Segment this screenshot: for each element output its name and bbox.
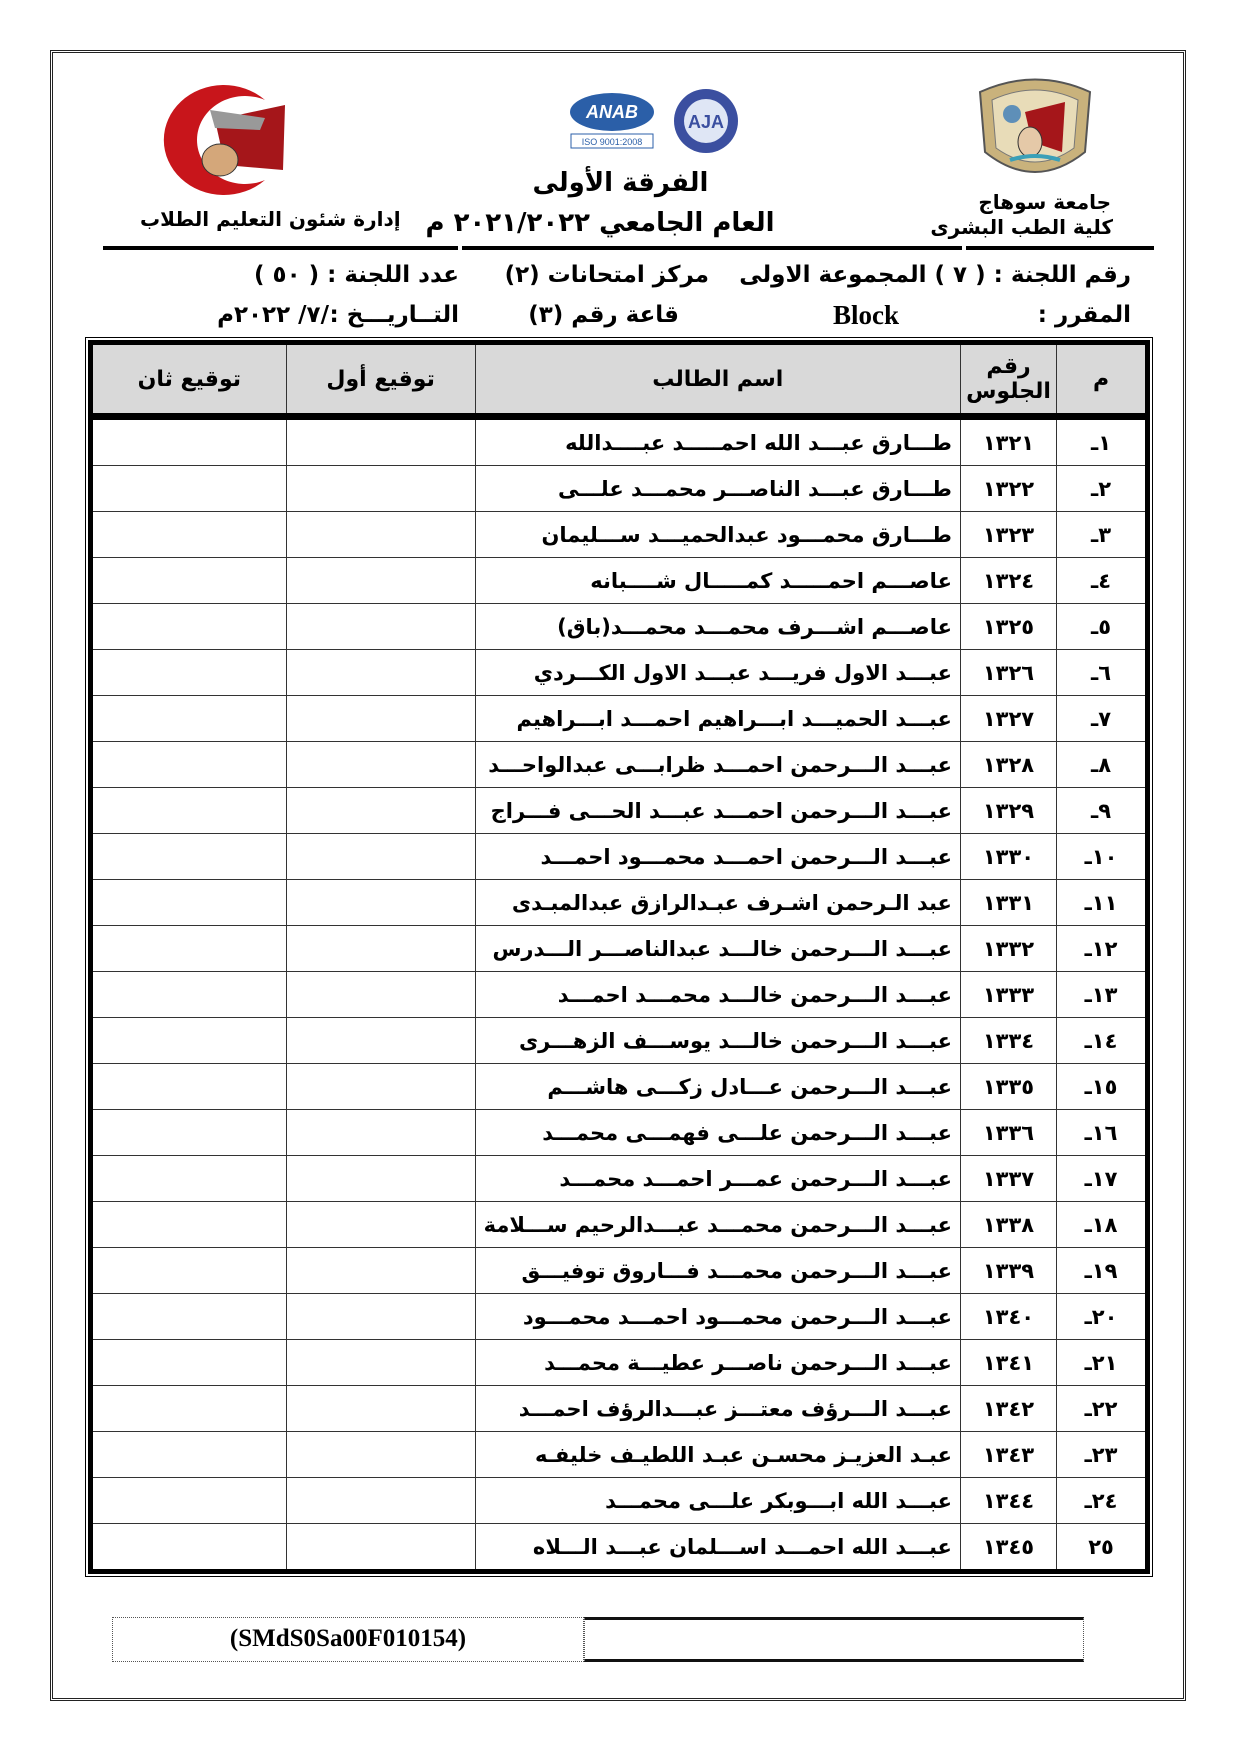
committee-count: عدد اللجنة : ( ٥٠ ) bbox=[254, 262, 459, 288]
committee-number: رقم اللجنة : ( ٧ ) المجموعة الاولى bbox=[739, 262, 1131, 288]
table-row: ٢٤ـ١٣٤٤عبـــد الله ابـــوبكر علـــى محمـ… bbox=[91, 1478, 1148, 1524]
first-signature-cell[interactable] bbox=[286, 880, 475, 926]
student-name: عبـــد الـــرحمن عـــادل زكـــى هاشـــم bbox=[475, 1064, 960, 1110]
table-row: ٨ـ١٣٢٨عبـــد الـــرحمن احمـــد ظرابـــى … bbox=[91, 742, 1148, 788]
student-name: عبـــد الـــرحمن محمـــد عبـــدالرحيم سـ… bbox=[475, 1202, 960, 1248]
seat-number: ١٣٢٧ bbox=[960, 696, 1056, 742]
header-rule-right bbox=[966, 246, 1154, 250]
first-signature-cell[interactable] bbox=[286, 742, 475, 788]
student-name: عبـــد الـــرحمن احمـــد ظرابـــى عبدالو… bbox=[475, 742, 960, 788]
exam-center: مركز امتحانات (٢) bbox=[505, 262, 709, 288]
row-index: ١٤ـ bbox=[1057, 1018, 1148, 1064]
student-name: عبـــد الله احمـــد اســـلمان عبـــد الـ… bbox=[475, 1524, 960, 1572]
row-index: ٨ـ bbox=[1057, 742, 1148, 788]
table-row: ١٠ـ١٣٣٠عبـــد الـــرحمن احمـــد محمـــود… bbox=[91, 834, 1148, 880]
student-name: عبـــد الـــرحمن خالـــد يوســـف الزهـــ… bbox=[475, 1018, 960, 1064]
seat-number: ١٣٣٢ bbox=[960, 926, 1056, 972]
header-second-signature: توقيع ثان bbox=[91, 343, 287, 417]
table-row: ٩ـ١٣٢٩عبـــد الـــرحمن احمـــد عبـــد ال… bbox=[91, 788, 1148, 834]
student-affairs-caption: إدارة شئون التعليم الطلاب bbox=[140, 207, 401, 231]
date-value: /٧/ ٢٠٢٢م bbox=[217, 302, 329, 328]
student-name: عبـــد الـــرحمن خالـــد محمـــد احمـــد bbox=[475, 972, 960, 1018]
first-signature-cell[interactable] bbox=[286, 1340, 475, 1386]
second-signature-cell[interactable] bbox=[91, 417, 287, 466]
second-signature-cell[interactable] bbox=[91, 1064, 287, 1110]
header-student-name: اسم الطالب bbox=[475, 343, 960, 417]
svg-text:AJA: AJA bbox=[688, 112, 724, 132]
second-signature-cell[interactable] bbox=[91, 1524, 287, 1572]
row-index: ٢٤ـ bbox=[1057, 1478, 1148, 1524]
second-signature-cell[interactable] bbox=[91, 1432, 287, 1478]
row-index: ٤ـ bbox=[1057, 558, 1148, 604]
course-label: المقرر : bbox=[1038, 302, 1131, 328]
first-signature-cell[interactable] bbox=[286, 1432, 475, 1478]
first-signature-cell[interactable] bbox=[286, 1524, 475, 1572]
student-name: عبـــد الـــرحمن علـــى فهمـــى محمـــد bbox=[475, 1110, 960, 1156]
table-header-row: م رقم الجلوس اسم الطالب توقيع أول توقيع … bbox=[91, 343, 1148, 417]
table-row: ١٧ـ١٣٣٧عبـــد الـــرحمن عمـــر احمـــد م… bbox=[91, 1156, 1148, 1202]
second-signature-cell[interactable] bbox=[91, 1294, 287, 1340]
anab-accredited-badge-icon: ANAB ISO 9001:2008 bbox=[567, 90, 657, 150]
second-signature-cell[interactable] bbox=[91, 1386, 287, 1432]
second-signature-cell[interactable] bbox=[91, 1248, 287, 1294]
row-index: ٢ـ bbox=[1057, 466, 1148, 512]
seat-number: ١٣٢٥ bbox=[960, 604, 1056, 650]
date-label: التــاريـــخ : bbox=[329, 302, 459, 328]
row-index: ١٧ـ bbox=[1057, 1156, 1148, 1202]
first-signature-cell[interactable] bbox=[286, 834, 475, 880]
table-row: ١ـ١٣٢١طـــارق عبـــد الله احمـــــد عبــ… bbox=[91, 417, 1148, 466]
student-name: عبد الـرحمن اشـرف عبـدالرازق عبدالمبـدى bbox=[475, 880, 960, 926]
table-row: ١٩ـ١٣٣٩عبـــد الـــرحمن محمـــد فـــاروق… bbox=[91, 1248, 1148, 1294]
first-signature-cell[interactable] bbox=[286, 558, 475, 604]
row-index: ١٦ـ bbox=[1057, 1110, 1148, 1156]
faculty-of-medicine-logo-icon bbox=[115, 80, 310, 195]
header-rule-left bbox=[103, 246, 458, 250]
student-name: طـــارق عبـــد الله احمـــــد عبــــدالل… bbox=[475, 417, 960, 466]
student-name: عبـــد الـــرحمن ناصـــر عطيـــة محمـــد bbox=[475, 1340, 960, 1386]
row-index: ٢٣ـ bbox=[1057, 1432, 1148, 1478]
first-signature-cell[interactable] bbox=[286, 926, 475, 972]
seat-number: ١٣٤٤ bbox=[960, 1478, 1056, 1524]
row-index: ٣ـ bbox=[1057, 512, 1148, 558]
student-name: عبـــد الحميـــد ابـــراهيم احمـــد ابــ… bbox=[475, 696, 960, 742]
table-row: ١٦ـ١٣٣٦عبـــد الـــرحمن علـــى فهمـــى م… bbox=[91, 1110, 1148, 1156]
student-roster-table: م رقم الجلوس اسم الطالب توقيع أول توقيع … bbox=[88, 340, 1150, 1574]
table-row: ٥ـ١٣٢٥عاصـــم اشـــرف محمـــد محمـــد(با… bbox=[91, 604, 1148, 650]
second-signature-cell[interactable] bbox=[91, 1202, 287, 1248]
seat-number: ١٣٣٧ bbox=[960, 1156, 1056, 1202]
first-signature-cell[interactable] bbox=[286, 1294, 475, 1340]
student-name: عاصـــم احمـــــد كمـــــال شــــبانه bbox=[475, 558, 960, 604]
svg-text:ISO 9001:2008: ISO 9001:2008 bbox=[582, 137, 643, 147]
seat-number: ١٣٤٢ bbox=[960, 1386, 1056, 1432]
second-signature-cell[interactable] bbox=[91, 604, 287, 650]
student-name: عبـــد الـــرحمن محمـــود احمـــد محمـــ… bbox=[475, 1294, 960, 1340]
second-signature-cell[interactable] bbox=[91, 880, 287, 926]
second-signature-cell[interactable] bbox=[91, 1478, 287, 1524]
first-signature-cell[interactable] bbox=[286, 1156, 475, 1202]
second-signature-cell[interactable] bbox=[91, 834, 287, 880]
table-row: ٢٣ـ١٣٤٣عبـد العزيـز محسـن عبـد اللطيـف خ… bbox=[91, 1432, 1148, 1478]
course-value: Block bbox=[833, 300, 899, 331]
row-index: ٢١ـ bbox=[1057, 1340, 1148, 1386]
seat-number: ١٣٢٩ bbox=[960, 788, 1056, 834]
table-row: ١٣ـ١٣٣٣عبـــد الـــرحمن خالـــد محمـــد … bbox=[91, 972, 1148, 1018]
row-index: ٩ـ bbox=[1057, 788, 1148, 834]
seat-number: ١٣٤١ bbox=[960, 1340, 1056, 1386]
first-signature-cell[interactable] bbox=[286, 1110, 475, 1156]
table-row: ٢ـ١٣٢٢طـــارق عبـــد الناصـــر محمـــد ع… bbox=[91, 466, 1148, 512]
footer-blank-box bbox=[584, 1617, 1084, 1662]
student-name: عبـــد الـــرحمن محمـــد فـــاروق توفيــ… bbox=[475, 1248, 960, 1294]
second-signature-cell[interactable] bbox=[91, 972, 287, 1018]
seat-number: ١٣٢٦ bbox=[960, 650, 1056, 696]
first-signature-cell[interactable] bbox=[286, 1248, 475, 1294]
seat-number: ١٣٤٥ bbox=[960, 1524, 1056, 1572]
student-name: عبـــد الـــرحمن عمـــر احمـــد محمـــد bbox=[475, 1156, 960, 1202]
seat-number: ١٣٢٨ bbox=[960, 742, 1056, 788]
seat-number: ١٣٣٠ bbox=[960, 834, 1056, 880]
seat-number: ١٣٣٨ bbox=[960, 1202, 1056, 1248]
svg-text:ANAB: ANAB bbox=[585, 102, 638, 122]
row-index: ٢٥ bbox=[1057, 1524, 1148, 1572]
seat-number: ١٣٣٦ bbox=[960, 1110, 1056, 1156]
student-name: عبـــد الله ابـــوبكر علـــى محمـــد bbox=[475, 1478, 960, 1524]
second-signature-cell[interactable] bbox=[91, 1340, 287, 1386]
first-signature-cell[interactable] bbox=[286, 1202, 475, 1248]
table-row: ٤ـ١٣٢٤عاصـــم احمـــــد كمـــــال شــــب… bbox=[91, 558, 1148, 604]
first-signature-cell[interactable] bbox=[286, 466, 475, 512]
seat-number: ١٣٣٥ bbox=[960, 1064, 1056, 1110]
header-first-signature: توقيع أول bbox=[286, 343, 475, 417]
row-index: ١٨ـ bbox=[1057, 1202, 1148, 1248]
first-signature-cell[interactable] bbox=[286, 650, 475, 696]
first-signature-cell[interactable] bbox=[286, 696, 475, 742]
row-index: ١٢ـ bbox=[1057, 926, 1148, 972]
first-signature-cell[interactable] bbox=[286, 417, 475, 466]
table-row: ٢٥١٣٤٥عبـــد الله احمـــد اســـلمان عبــ… bbox=[91, 1524, 1148, 1572]
row-index: ١٠ـ bbox=[1057, 834, 1148, 880]
seat-number: ١٣٤٣ bbox=[960, 1432, 1056, 1478]
second-signature-cell[interactable] bbox=[91, 1156, 287, 1202]
seat-number: ١٣٣٩ bbox=[960, 1248, 1056, 1294]
table-row: ٧ـ١٣٢٧عبـــد الحميـــد ابـــراهيم احمـــ… bbox=[91, 696, 1148, 742]
first-signature-cell[interactable] bbox=[286, 1478, 475, 1524]
student-name: عبـد العزيـز محسـن عبـد اللطيـف خليفـه bbox=[475, 1432, 960, 1478]
seat-number: ١٣٢٢ bbox=[960, 466, 1056, 512]
first-signature-cell[interactable] bbox=[286, 1018, 475, 1064]
row-index: ١٥ـ bbox=[1057, 1064, 1148, 1110]
table-row: ٦ـ١٣٢٦عبـــد الاول فريـــد عبـــد الاول … bbox=[91, 650, 1148, 696]
aja-registrars-badge-icon: AJA bbox=[666, 88, 746, 154]
student-name: عبـــد الاول فريـــد عبـــد الاول الكـــ… bbox=[475, 650, 960, 696]
seat-number: ١٣٣٣ bbox=[960, 972, 1056, 1018]
first-signature-cell[interactable] bbox=[286, 1064, 475, 1110]
table-row: ١٨ـ١٣٣٨عبـــد الـــرحمن محمـــد عبـــدال… bbox=[91, 1202, 1148, 1248]
hall-number: قاعة رقم (٣) bbox=[528, 302, 679, 328]
row-index: ٧ـ bbox=[1057, 696, 1148, 742]
first-signature-cell[interactable] bbox=[286, 604, 475, 650]
second-signature-cell[interactable] bbox=[91, 512, 287, 558]
second-signature-cell[interactable] bbox=[91, 926, 287, 972]
table-row: ١٤ـ١٣٣٤عبـــد الـــرحمن خالـــد يوســـف … bbox=[91, 1018, 1148, 1064]
seat-number: ١٣٢١ bbox=[960, 417, 1056, 466]
header-seat-number: رقم الجلوس bbox=[960, 343, 1056, 417]
student-name: طـــارق عبـــد الناصـــر محمـــد علـــى bbox=[475, 466, 960, 512]
student-name: عبـــد الـــرحمن احمـــد محمـــود احمـــ… bbox=[475, 834, 960, 880]
table-row: ٢١ـ١٣٤١عبـــد الـــرحمن ناصـــر عطيـــة … bbox=[91, 1340, 1148, 1386]
table-row: ٣ـ١٣٢٣طـــارق محمـــود عبدالحميـــد ســـ… bbox=[91, 512, 1148, 558]
second-signature-cell[interactable] bbox=[91, 650, 287, 696]
student-name: عبـــد الـــرحمن احمـــد عبـــد الحـــى … bbox=[475, 788, 960, 834]
table-row: ١٥ـ١٣٣٥عبـــد الـــرحمن عـــادل زكـــى ه… bbox=[91, 1064, 1148, 1110]
student-name: عبـــد الـــرحمن خالـــد عبدالناصـــر ال… bbox=[475, 926, 960, 972]
second-signature-cell[interactable] bbox=[91, 1018, 287, 1064]
second-signature-cell[interactable] bbox=[91, 1110, 287, 1156]
row-index: ١١ـ bbox=[1057, 880, 1148, 926]
table-row: ١١ـ١٣٣١عبد الـرحمن اشـرف عبـدالرازق عبدا… bbox=[91, 880, 1148, 926]
header-index: م bbox=[1057, 343, 1148, 417]
seat-number: ١٣٣٤ bbox=[960, 1018, 1056, 1064]
second-signature-cell[interactable] bbox=[91, 558, 287, 604]
second-signature-cell[interactable] bbox=[91, 788, 287, 834]
student-name: عبـــد الـــرؤف معتـــز عبـــدالرؤف احمـ… bbox=[475, 1386, 960, 1432]
second-signature-cell[interactable] bbox=[91, 696, 287, 742]
table-row: ٢٢ـ١٣٤٢عبـــد الـــرؤف معتـــز عبـــدالر… bbox=[91, 1386, 1148, 1432]
table-row: ١٢ـ١٣٣٢عبـــد الـــرحمن خالـــد عبدالناص… bbox=[91, 926, 1148, 972]
seat-number: ١٣٤٠ bbox=[960, 1294, 1056, 1340]
student-name: عاصـــم اشـــرف محمـــد محمـــد(باق) bbox=[475, 604, 960, 650]
first-signature-cell[interactable] bbox=[286, 788, 475, 834]
table-row: ٢٠ـ١٣٤٠عبـــد الـــرحمن محمـــود احمـــد… bbox=[91, 1294, 1148, 1340]
first-signature-cell[interactable] bbox=[286, 512, 475, 558]
second-signature-cell[interactable] bbox=[91, 742, 287, 788]
second-signature-cell[interactable] bbox=[91, 466, 287, 512]
row-index: ١٩ـ bbox=[1057, 1248, 1148, 1294]
seat-number: ١٣٢٣ bbox=[960, 512, 1056, 558]
seat-number: ١٣٣١ bbox=[960, 880, 1056, 926]
row-index: ١ـ bbox=[1057, 417, 1148, 466]
first-signature-cell[interactable] bbox=[286, 1386, 475, 1432]
roster-body: ١ـ١٣٢١طـــارق عبـــد الله احمـــــد عبــ… bbox=[91, 417, 1148, 1572]
first-signature-cell[interactable] bbox=[286, 972, 475, 1018]
student-name: طـــارق محمـــود عبدالحميـــد ســـليمان bbox=[475, 512, 960, 558]
row-index: ٢٠ـ bbox=[1057, 1294, 1148, 1340]
row-index: ١٣ـ bbox=[1057, 972, 1148, 1018]
row-index: ٢٢ـ bbox=[1057, 1386, 1148, 1432]
header-rule-center bbox=[462, 246, 962, 250]
row-index: ٦ـ bbox=[1057, 650, 1148, 696]
row-index: ٥ـ bbox=[1057, 604, 1148, 650]
seat-number: ١٣٢٤ bbox=[960, 558, 1056, 604]
document-code: (SMdS0Sa00F010154) bbox=[112, 1617, 584, 1662]
